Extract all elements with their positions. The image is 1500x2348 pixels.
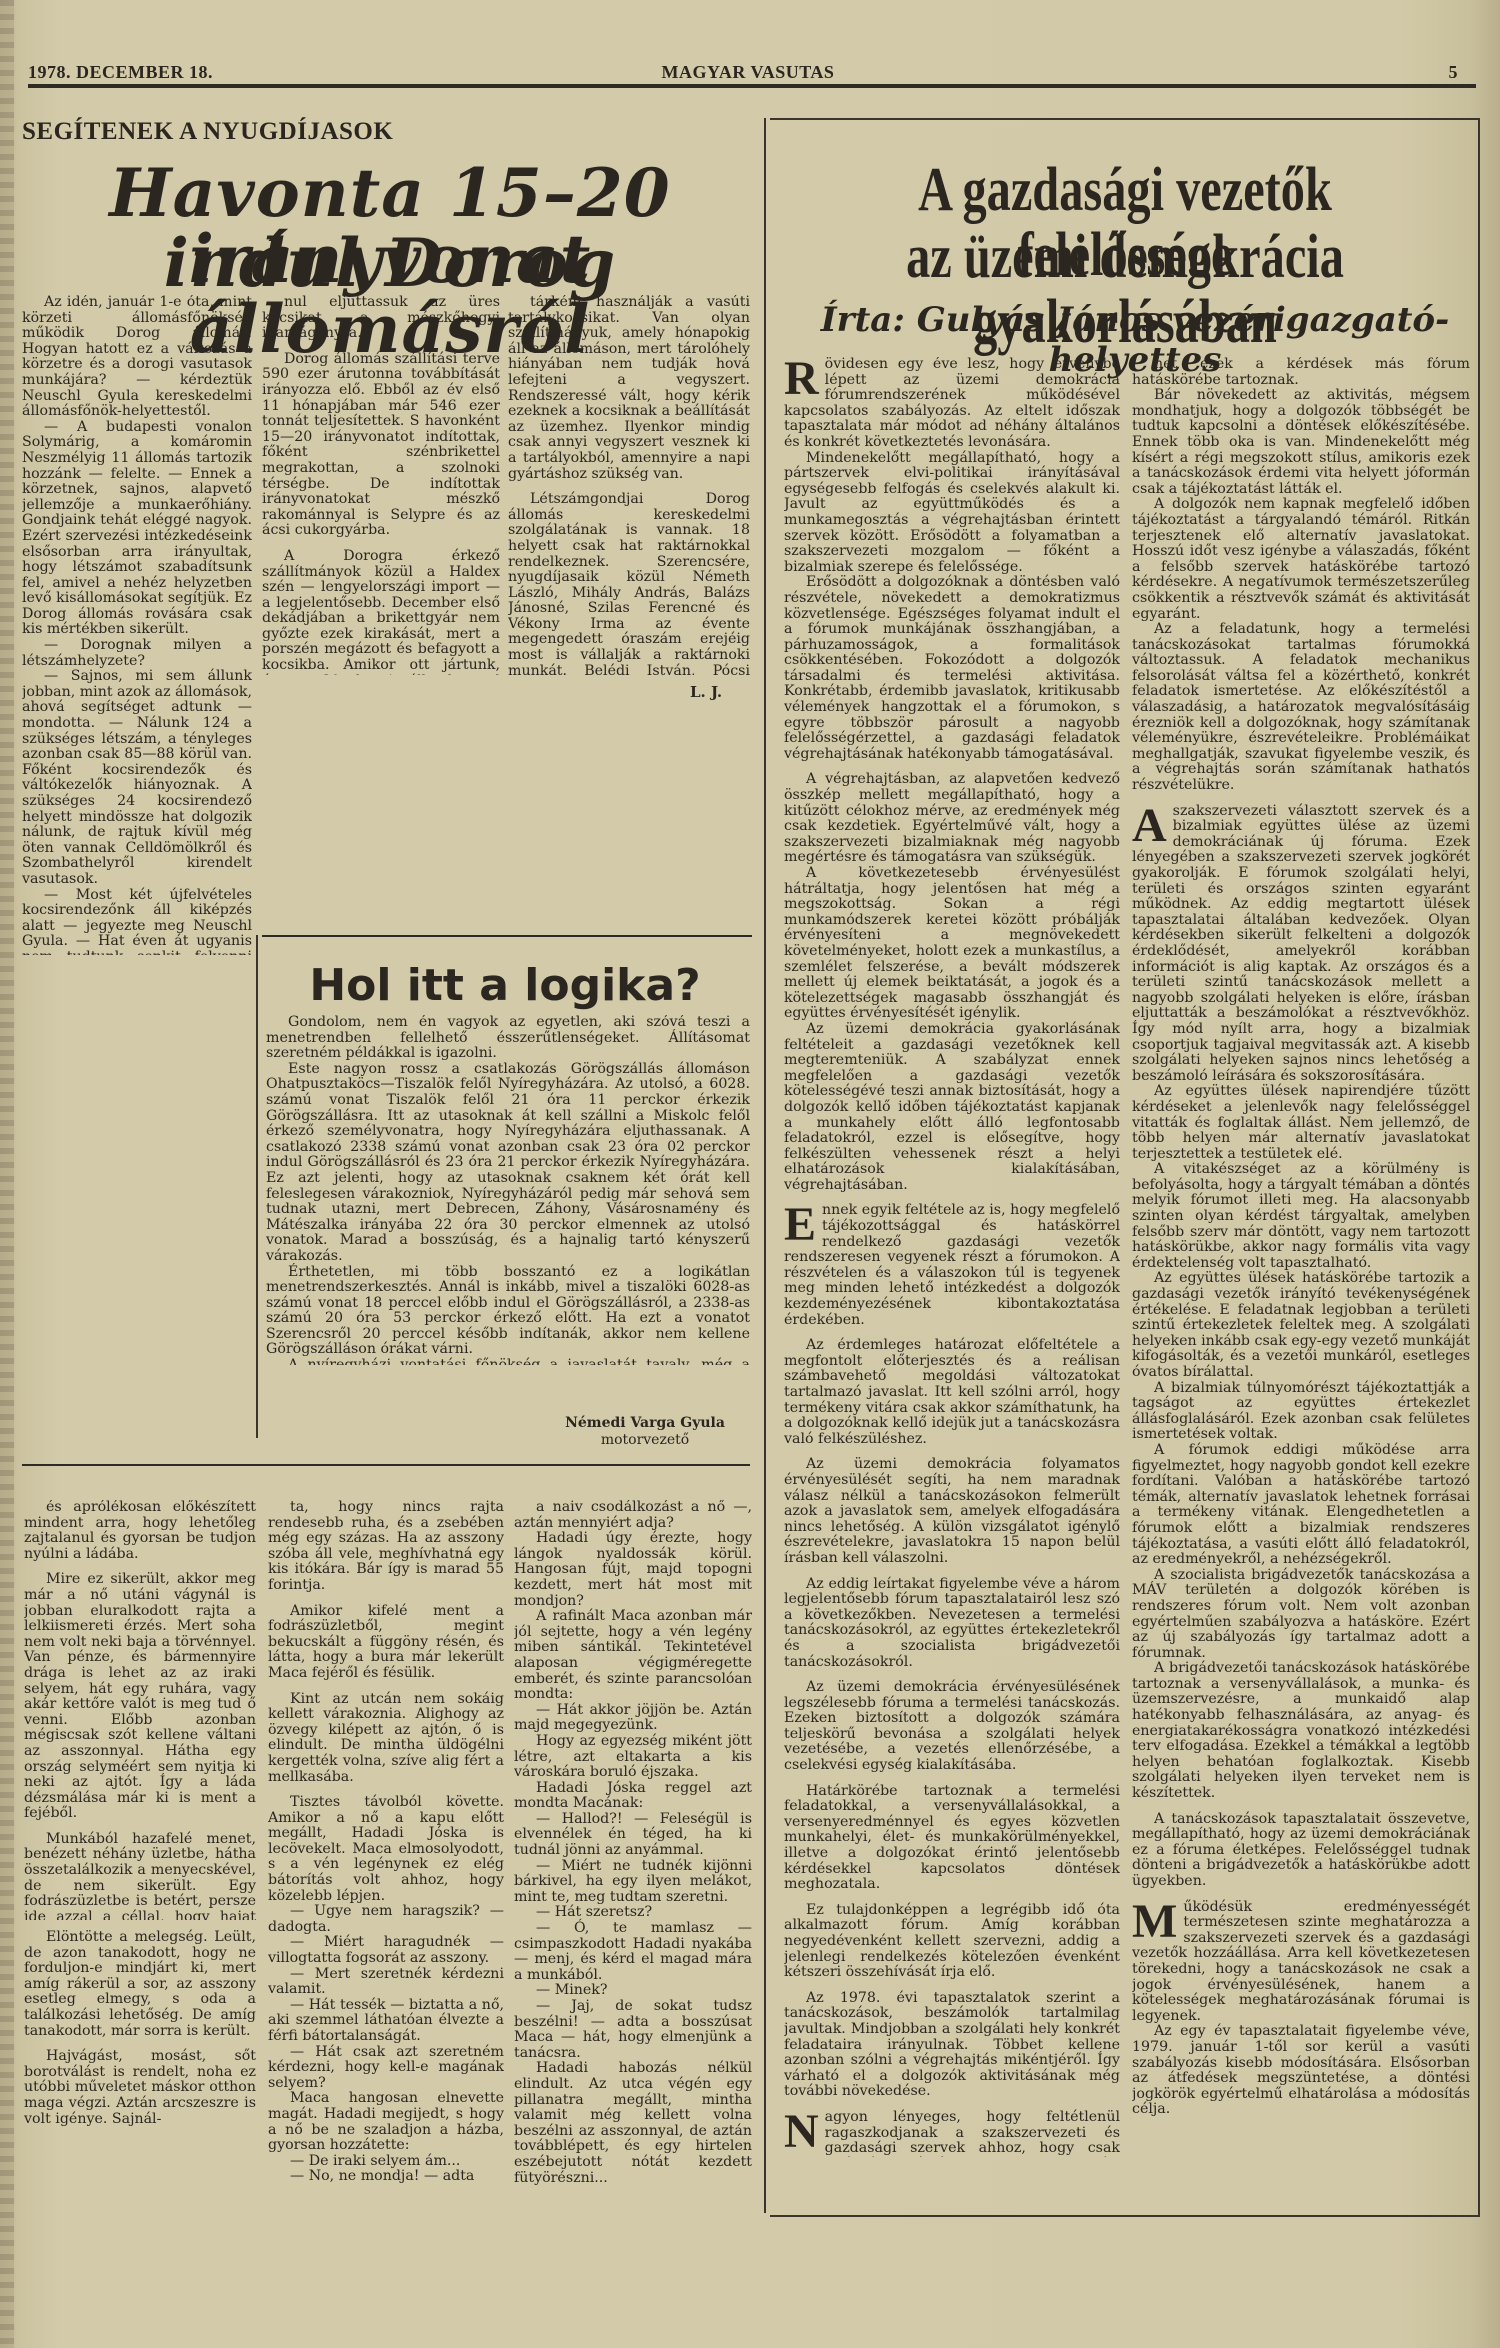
paragraph: Az érdemleges határozat előfeltétele a m… [784,1338,1120,1447]
paragraph: Bár növekedett az aktivitás, mégsem mond… [1132,388,1470,497]
paragraph: A szakszervezeti választott szervek és a… [1132,804,1470,1085]
paragraph: A nyíregyházi vontatási főnökség a javas… [266,1358,750,1365]
paragraph: A rafinált Maca azonban már jól sejtette… [514,1609,752,1703]
paragraph: Mindenekelőtt megállapítható, hogy a pár… [784,451,1120,576]
paragraph: A tanácskozások tapasztalatait összevetv… [1132,1812,1470,1890]
paragraph: Hajvágást, mosást, sőt borotválást is re… [24,2049,256,2127]
paragraph: Létszámgondjai Dorog állomás kereskedelm… [508,492,750,675]
drop-cap: R [784,359,819,399]
paragraph: Ez tulajdonképpen a legrégibb idő óta al… [784,1903,1120,1981]
paragraph: — A budapesti vonalon Solymárig, a komár… [22,420,252,638]
paragraph: Nagyon lényeges, hogy feltétlenül ragasz… [784,2110,1120,2157]
paragraph: — Minek? [514,1983,752,1999]
paragraph: Rövidesen egy éve lesz, hogy érvénybe lé… [784,357,1120,451]
paragraph: — Dorognak milyen a létszámhelyzete? [22,638,252,669]
article2-author-role: motorvezető [560,1432,730,1448]
drop-cap: A [1132,806,1167,846]
paragraph: Hadadi úgy érezte, hogy lángok nyaldossá… [514,1531,752,1609]
paragraph: Hadadi Jóska reggel azt mondta Macának: [514,1781,752,1812]
paragraph: Az együttes ülések hatáskörébe tartozik … [1132,1271,1470,1380]
paragraph: Az 1978. évi tapasztalatok szerint a tan… [784,1991,1120,2100]
paragraph: A Dorogra érkező szállítmányok közül a H… [262,549,500,675]
paragraph: — De iraki selyem ám... [268,2154,504,2170]
paragraph: Működésük eredményességét természetesen … [1132,1900,1470,2025]
article2-bottom-rule [22,1464,750,1466]
drop-cap: E [784,1205,816,1245]
paragraph: ta, hogy nincs rajta rendesebb ruha, és … [268,1500,504,1594]
paragraph: — Hát tessék — biztatta a nő, aki szemme… [268,1998,504,2045]
article1-bottom-rule [262,935,752,937]
paragraph: Amikor kifelé ment a fodrászüzletből, me… [268,1604,504,1682]
paragraph: — Most két újfelvételes kocsirendezőnk á… [22,888,252,955]
paragraph: — Hát szeretsz? [514,1905,752,1921]
paragraph: Elöntötte a melegség. Leült, de azon tan… [24,1930,256,2039]
paragraph: Határkörébe tartoznak a termelési felada… [784,1784,1120,1893]
paragraph: Hogy az egyezség miként jött létre, azt … [514,1734,752,1781]
page-number: 5 [1449,62,1459,83]
paragraph: — Ugye nem haragszik? — dadogta. [268,1904,504,1935]
article4-column-1-continued: Elöntötte a melegség. Leült, de azon tan… [24,1920,256,2190]
masthead-rule [28,84,1476,88]
paragraph: A következetesebb érvényesülést hátrálta… [784,866,1120,1022]
article2-body: Gondolom, nem én vagyok az egyetlen, aki… [266,1015,750,1365]
newspaper-page: 1978. DECEMBER 18. MAGYAR VASUTAS 5 SEGÍ… [0,0,1500,2348]
paragraph: Az a feladatunk, hogy a termelési tanács… [1132,622,1470,794]
paragraph: Érthetetlen, mi több bosszantó ez a logi… [266,1265,750,1359]
paragraph: A végrehajtásban, az alapvetően kedvező … [784,772,1120,866]
article3-column-2: het ezek a kérdések más fórum hatásköréb… [1132,357,1470,2187]
paragraph: A brigádvezetői tanácskozások hatásköréb… [1132,1661,1470,1801]
paragraph: — Miért ne tudnék kijönni bárkivel, ha e… [514,1859,752,1906]
paragraph: Mire ez sikerült, akkor meg már a nő utá… [24,1572,256,1822]
paragraph: Dorog állomás szállítási terve 590 ezer … [262,352,500,539]
article2-title: Hol itt a logika? [245,960,765,1011]
drop-cap: M [1132,1902,1177,1942]
paragraph: Erősödött a dolgozóknak a döntésben való… [784,575,1120,762]
paragraph: — Hát akkor jöjjön be. Aztán majd megegy… [514,1703,752,1734]
article4-column-1: és aprólékosan előkészített mindent arra… [24,1500,256,1920]
paragraph: Gondolom, nem én vagyok az egyetlen, aki… [266,1015,750,1062]
paragraph: — Mert szeretnék kérdezni valamit. [268,1967,504,1998]
drop-cap: N [784,2112,819,2152]
paragraph: Az üzemi demokrácia folyamatos érvényesü… [784,1457,1120,1566]
paragraph: Az üzemi demokrácia gyakorlásának feltét… [784,1022,1120,1194]
paragraph: Maca hangosan elnevette magát. Hadadi me… [268,2091,504,2153]
article1-kicker: SEGÍTENEK A NYUGDÍJASOK [22,118,393,146]
paragraph: Az eddig leírtakat figyelembe véve a hár… [784,1577,1120,1671]
article4-column-3: a naiv csodálkozást a nő —, aztán mennyi… [514,1500,752,2190]
binding-edge [0,0,14,2348]
paragraph: A dolgozók nem kapnak megfelelő időben t… [1132,497,1470,622]
newspaper-name: MAGYAR VASUTAS [28,62,1468,83]
paragraph: nul eljuttassuk az üres kocsikat a mészk… [262,295,500,342]
paragraph: Ennek egyik feltétele az is, hogy megfel… [784,1203,1120,1328]
paragraph: Az idén, január 1-e óta, mint körzeti ál… [22,295,252,420]
paragraph: Munkából hazafelé menet, benézett néhány… [24,1832,256,1920]
article3-left-border [764,118,766,2213]
paragraph: — Miért haragudnék — villogtatta fogsorá… [268,1935,504,1966]
paragraph: A szocialista brigádvezetők tanácskozása… [1132,1568,1470,1662]
paragraph: — Hát csak azt szeretném kérdezni, hogy … [268,2045,504,2092]
paragraph: Hadadi habozás nélkül elindult. Az utca … [514,2061,752,2186]
paragraph: Kint az utcán nem sokáig kellett várakoz… [268,1692,504,1786]
paragraph: Tisztes távolból követte. Amikor a nő a … [268,1795,504,1904]
paragraph: a naiv csodálkozást a nő —, aztán mennyi… [514,1500,752,1531]
article1-column-3: tárként használják a vasúti tartálykocsi… [508,295,750,675]
paragraph: A bizalmiak túlnyomórészt tájékoztattják… [1132,1381,1470,1443]
article2-author: Némedi Varga Gyula [560,1415,730,1431]
paragraph: — Ó, te mamlasz — csimpaszkodott Hadadi … [514,1921,752,1983]
article1-column-2: nul eljuttassuk az üres kocsikat a mészk… [262,295,500,675]
paragraph: — Sajnos, mi sem állunk jobban, mint azo… [22,669,252,887]
paragraph: Az együttes ülések napirendjére tűzött k… [1132,1084,1470,1162]
article1-column-1: Az idén, január 1-e óta, mint körzeti ál… [22,295,252,955]
article1-signature: L. J. [690,683,722,701]
article4-column-2: ta, hogy nincs rajta rendesebb ruha, és … [268,1500,504,2190]
paragraph: — Jaj, de sokat tudsz beszélni! — adta a… [514,1999,752,2061]
article3-column-1: Rövidesen egy éve lesz, hogy érvénybe lé… [784,357,1120,2157]
paragraph: és aprólékosan előkészített mindent arra… [24,1500,256,1562]
paragraph: tárként használják a vasúti tartálykocsi… [508,295,750,482]
paragraph: — No, ne mondja! — adta [268,2169,504,2185]
paragraph: A vitakészséget az a körülmény is befoly… [1132,1162,1470,1271]
paragraph: Az egy év tapasztalatait figyelembe véve… [1132,2024,1470,2118]
paragraph: — Hallod?! — Feleségül is elvennélek én … [514,1812,752,1859]
paragraph: het ezek a kérdések más fórum hatásköréb… [1132,357,1470,388]
paragraph: Este nagyon rossz a csatlakozás Görögszá… [266,1062,750,1265]
paragraph: A fórumok eddigi működése arra figyelmez… [1132,1443,1470,1568]
paragraph: Az üzemi demokrácia érvényesülésének leg… [784,1680,1120,1774]
